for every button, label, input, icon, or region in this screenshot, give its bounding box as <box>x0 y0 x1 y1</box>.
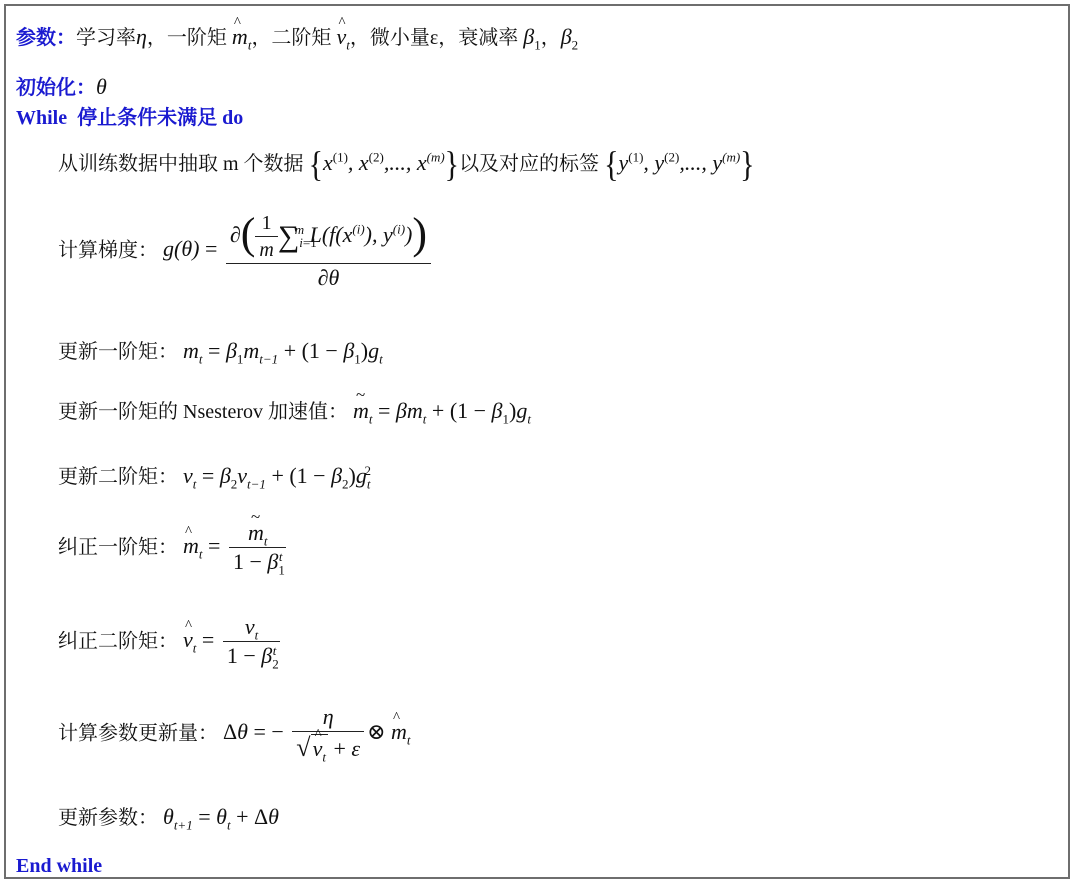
init-line: 初始化：θ <box>16 76 107 98</box>
step-gradient: 计算梯度： g(θ) = ∂(1m∑i=1m L(f(x(i)), y(i)))… <box>58 212 434 289</box>
step-correct-v: 纠正二阶矩： vt = vt1 − β2t <box>58 616 283 667</box>
sample-line: 从训练数据中抽取 m 个数据 {x(1), x(2),..., x(m)}以及对… <box>58 150 755 180</box>
update-m-formula: mt = β1mt−1 + (1 − β1)gt <box>183 338 383 363</box>
v-hat-symbol: vt <box>336 24 349 49</box>
step-update-theta: 更新参数： θt+1 = θt + Δθ <box>58 806 279 828</box>
m-hat-symbol: mt <box>232 24 252 49</box>
step-update-v: 更新二阶矩： vt = β2vt−1 + (1 − β2)gt2 <box>58 465 371 487</box>
params-line: 参数：学习率η，一阶矩 mt，二阶矩 vt，微小量ε，衰减率 β1，β2 <box>16 26 578 48</box>
step-update-m: 更新一阶矩： mt = β1mt−1 + (1 − β1)gt <box>58 340 383 362</box>
init-label: 初始化： <box>16 77 96 99</box>
step-nesterov: 更新一阶矩的 Nsesterov 加速值： mt = βmt + (1 − β1… <box>58 400 531 422</box>
nesterov-formula: mt = βmt + (1 − β1)gt <box>353 398 531 423</box>
step-correct-m: 纠正一阶矩： mt = mt1 − β1t <box>58 522 289 573</box>
x-set: {x(1), x(2),..., x(m)} <box>309 150 460 175</box>
y-set: {y(1), y(2),..., y(m)} <box>604 150 755 175</box>
beta1-symbol: β1 <box>523 24 540 49</box>
params-label: 参数： <box>16 27 76 49</box>
beta2-symbol: β2 <box>561 24 578 49</box>
delta-formula: Δθ = − η√vt + ε⊗ mt <box>223 719 411 744</box>
end-while-line: End while <box>16 856 102 876</box>
gradient-formula: g(θ) = ∂(1m∑i=1m L(f(x(i)), y(i))) ∂θ <box>163 236 434 261</box>
correct-m-formula: mt = mt1 − β1t <box>183 533 289 558</box>
correct-v-formula: vt = vt1 − β2t <box>183 627 283 652</box>
while-line: While 停止条件未满足 do <box>16 108 243 128</box>
step-delta: 计算参数更新量： Δθ = − η√vt + ε⊗ mt <box>58 706 411 761</box>
update-v-formula: vt = β2vt−1 + (1 − β2)gt2 <box>183 463 371 488</box>
update-theta-formula: θt+1 = θt + Δθ <box>163 804 279 829</box>
